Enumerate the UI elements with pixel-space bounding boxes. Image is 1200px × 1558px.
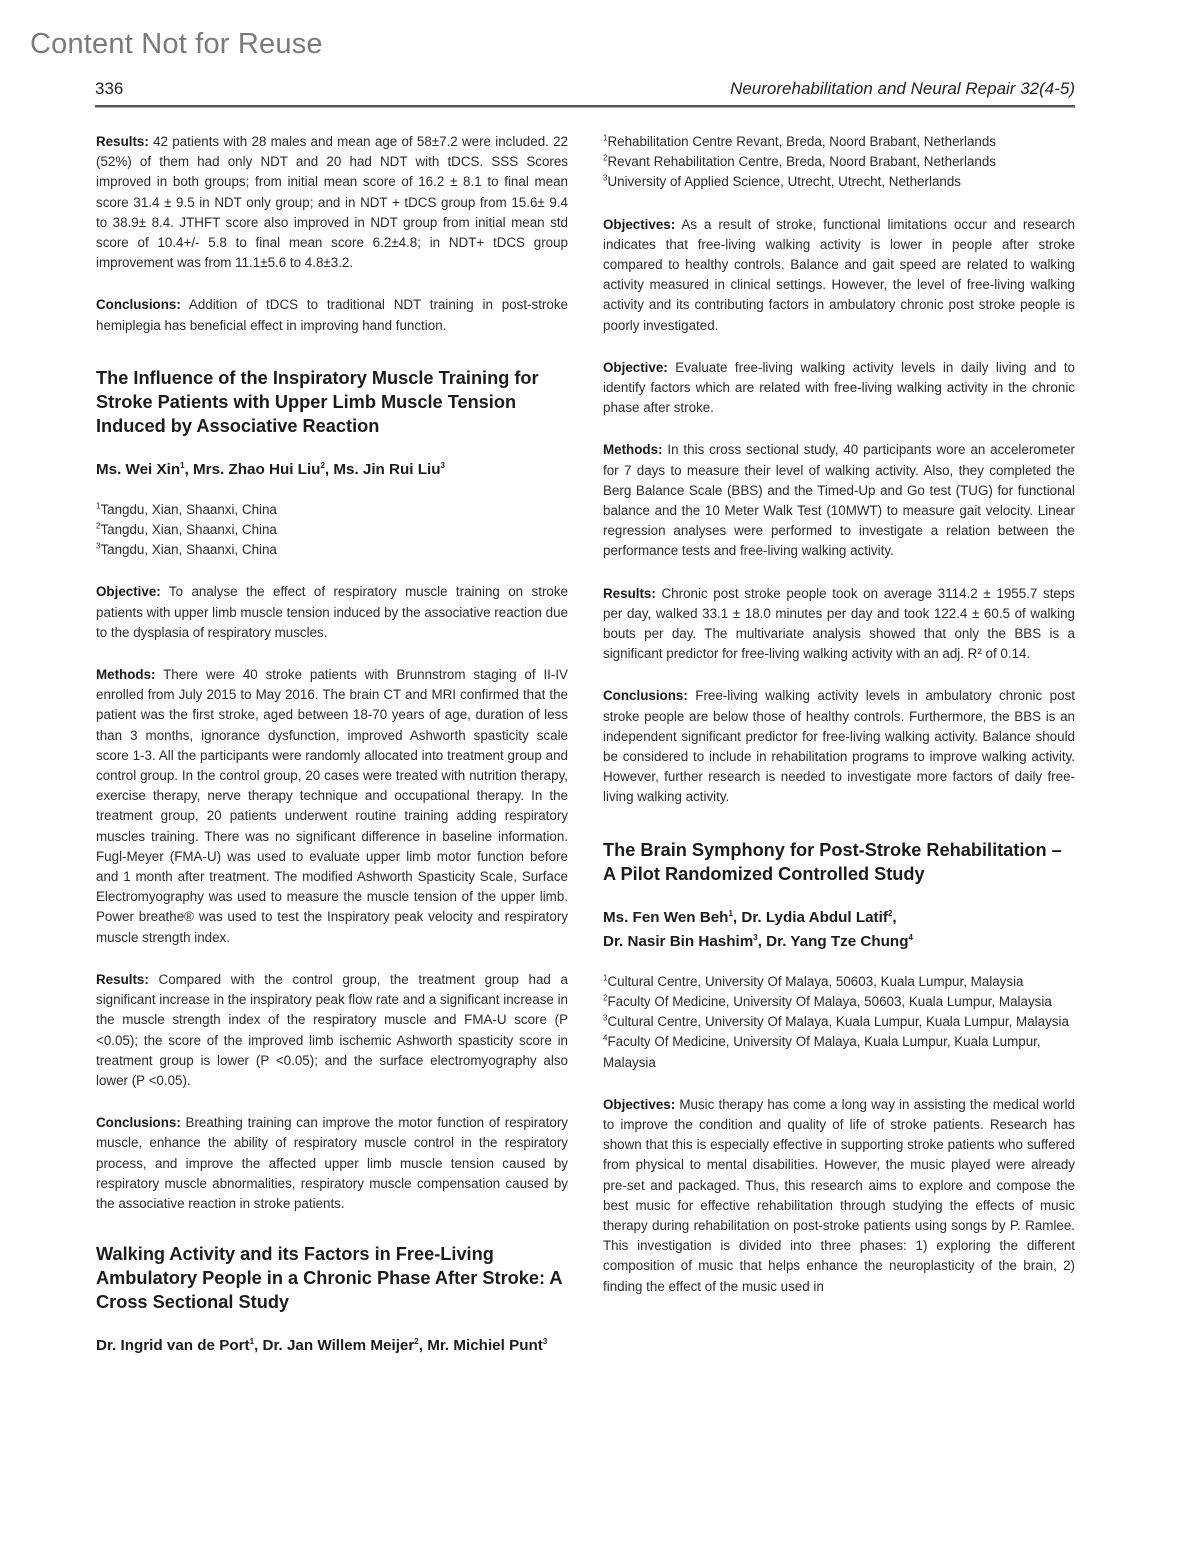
abstract-brain-symphony: The Brain Symphony for Post-Stroke Rehab… bbox=[603, 838, 1075, 1297]
author: Dr. Yang Tze Chung4 bbox=[766, 933, 913, 950]
author: Dr. Ingrid van de Port1, bbox=[96, 1337, 263, 1354]
objectives-section: Objectives: As a result of stroke, funct… bbox=[603, 215, 1075, 336]
author: Ms. Fen Wen Beh1, bbox=[603, 909, 741, 926]
section-text: Chronic post stroke people took on avera… bbox=[603, 586, 1075, 662]
affiliation: 2Tangdu, Xian, Shaanxi, China bbox=[96, 520, 568, 540]
section-label: Objectives: bbox=[603, 1097, 675, 1112]
affiliation: 3Tangdu, Xian, Shaanxi, China bbox=[96, 540, 568, 560]
section-text: To analyse the effect of respiratory mus… bbox=[96, 584, 568, 639]
author: Mr. Michiel Punt3 bbox=[427, 1337, 547, 1354]
author: Dr. Nasir Bin Hashim3, bbox=[603, 933, 766, 950]
section-text: Free-living walking activity levels in a… bbox=[603, 688, 1075, 804]
objective-section: Objective: To analyse the effect of resp… bbox=[96, 582, 568, 643]
abstract-inspiratory-muscle-training: The Influence of the Inspiratory Muscle … bbox=[96, 366, 568, 1214]
results-section: Results: Chronic post stroke people took… bbox=[603, 584, 1075, 665]
affiliation: 4Faculty Of Medicine, University Of Mala… bbox=[603, 1032, 1075, 1072]
section-label: Conclusions: bbox=[96, 297, 181, 312]
section-text: In this cross sectional study, 40 partic… bbox=[603, 442, 1075, 558]
section-label: Results: bbox=[603, 586, 656, 601]
author-list: Dr. Ingrid van de Port1, Dr. Jan Willem … bbox=[96, 1334, 568, 1358]
watermark: Content Not for Reuse bbox=[30, 28, 323, 61]
section-label: Conclusions: bbox=[96, 1115, 181, 1130]
right-column: 1Rehabilitation Centre Revant, Breda, No… bbox=[603, 132, 1075, 1319]
header-rule bbox=[95, 105, 1075, 108]
section-label: Results: bbox=[96, 134, 149, 149]
author: Dr. Lydia Abdul Latif2, bbox=[741, 909, 896, 926]
section-text: Compared with the control group, the tre… bbox=[96, 972, 568, 1088]
affiliation: 1Rehabilitation Centre Revant, Breda, No… bbox=[603, 132, 1075, 152]
author: Ms. Wei Xin1, bbox=[96, 461, 193, 478]
section-text: 42 patients with 28 males and mean age o… bbox=[96, 134, 568, 270]
author-list: Ms. Fen Wen Beh1, Dr. Lydia Abdul Latif2… bbox=[603, 906, 1075, 954]
prev-conclusions-section: Conclusions: Addition of tDCS to traditi… bbox=[96, 295, 568, 335]
author: Ms. Jin Rui Liu3 bbox=[333, 461, 445, 478]
section-text: There were 40 stroke patients with Brunn… bbox=[96, 667, 568, 945]
prev-results-section: Results: 42 patients with 28 males and m… bbox=[96, 132, 568, 273]
section-label: Conclusions: bbox=[603, 688, 688, 703]
section-label: Results: bbox=[96, 972, 149, 987]
affiliation-list: 1Rehabilitation Centre Revant, Breda, No… bbox=[603, 132, 1075, 193]
abstract-walking-activity-continued: 1Rehabilitation Centre Revant, Breda, No… bbox=[603, 132, 1075, 808]
section-text: Evaluate free-living walking activity le… bbox=[603, 360, 1075, 415]
abstract-title: Walking Activity and its Factors in Free… bbox=[96, 1242, 568, 1314]
affiliation: 1Cultural Centre, University Of Malaya, … bbox=[603, 972, 1075, 992]
section-text: Music therapy has come a long way in ass… bbox=[603, 1097, 1075, 1294]
affiliation: 3Cultural Centre, University Of Malaya, … bbox=[603, 1012, 1075, 1032]
left-column: Results: 42 patients with 28 males and m… bbox=[96, 132, 568, 1376]
section-label: Objective: bbox=[96, 584, 161, 599]
objective-section: Objective: Evaluate free-living walking … bbox=[603, 358, 1075, 419]
methods-section: Methods: There were 40 stroke patients w… bbox=[96, 665, 568, 948]
section-label: Objective: bbox=[603, 360, 668, 375]
section-text: As a result of stroke, functional limita… bbox=[603, 217, 1075, 333]
affiliation: 3University of Applied Science, Utrecht,… bbox=[603, 172, 1075, 192]
methods-section: Methods: In this cross sectional study, … bbox=[603, 440, 1075, 561]
page-number: 336 bbox=[95, 79, 123, 99]
affiliation: 2Revant Rehabilitation Centre, Breda, No… bbox=[603, 152, 1075, 172]
abstract-walking-activity: Walking Activity and its Factors in Free… bbox=[96, 1242, 568, 1358]
section-label: Methods: bbox=[603, 442, 663, 457]
section-label: Objectives: bbox=[603, 217, 675, 232]
affiliation: 2Faculty Of Medicine, University Of Mala… bbox=[603, 992, 1075, 1012]
affiliation-list: 1Tangdu, Xian, Shaanxi, China 2Tangdu, X… bbox=[96, 500, 568, 561]
author: Mrs. Zhao Hui Liu2, bbox=[193, 461, 333, 478]
objectives-section: Objectives: Music therapy has come a lon… bbox=[603, 1095, 1075, 1297]
author-line: Ms. Fen Wen Beh1, Dr. Lydia Abdul Latif2… bbox=[603, 906, 1075, 930]
conclusions-section: Conclusions: Free-living walking activit… bbox=[603, 686, 1075, 807]
author: Dr. Jan Willem Meijer2, bbox=[263, 1337, 428, 1354]
author-line: Dr. Nasir Bin Hashim3, Dr. Yang Tze Chun… bbox=[603, 930, 1075, 954]
affiliation: 1Tangdu, Xian, Shaanxi, China bbox=[96, 500, 568, 520]
journal-citation: Neurorehabilitation and Neural Repair 32… bbox=[730, 79, 1075, 99]
running-header: 336 Neurorehabilitation and Neural Repai… bbox=[95, 78, 1075, 104]
results-section: Results: Compared with the control group… bbox=[96, 970, 568, 1091]
section-label: Methods: bbox=[96, 667, 156, 682]
affiliation-list: 1Cultural Centre, University Of Malaya, … bbox=[603, 972, 1075, 1073]
abstract-title: The Brain Symphony for Post-Stroke Rehab… bbox=[603, 838, 1075, 886]
abstract-title: The Influence of the Inspiratory Muscle … bbox=[96, 366, 568, 438]
author-list: Ms. Wei Xin1, Mrs. Zhao Hui Liu2, Ms. Ji… bbox=[96, 458, 568, 482]
conclusions-section: Conclusions: Breathing training can impr… bbox=[96, 1113, 568, 1214]
